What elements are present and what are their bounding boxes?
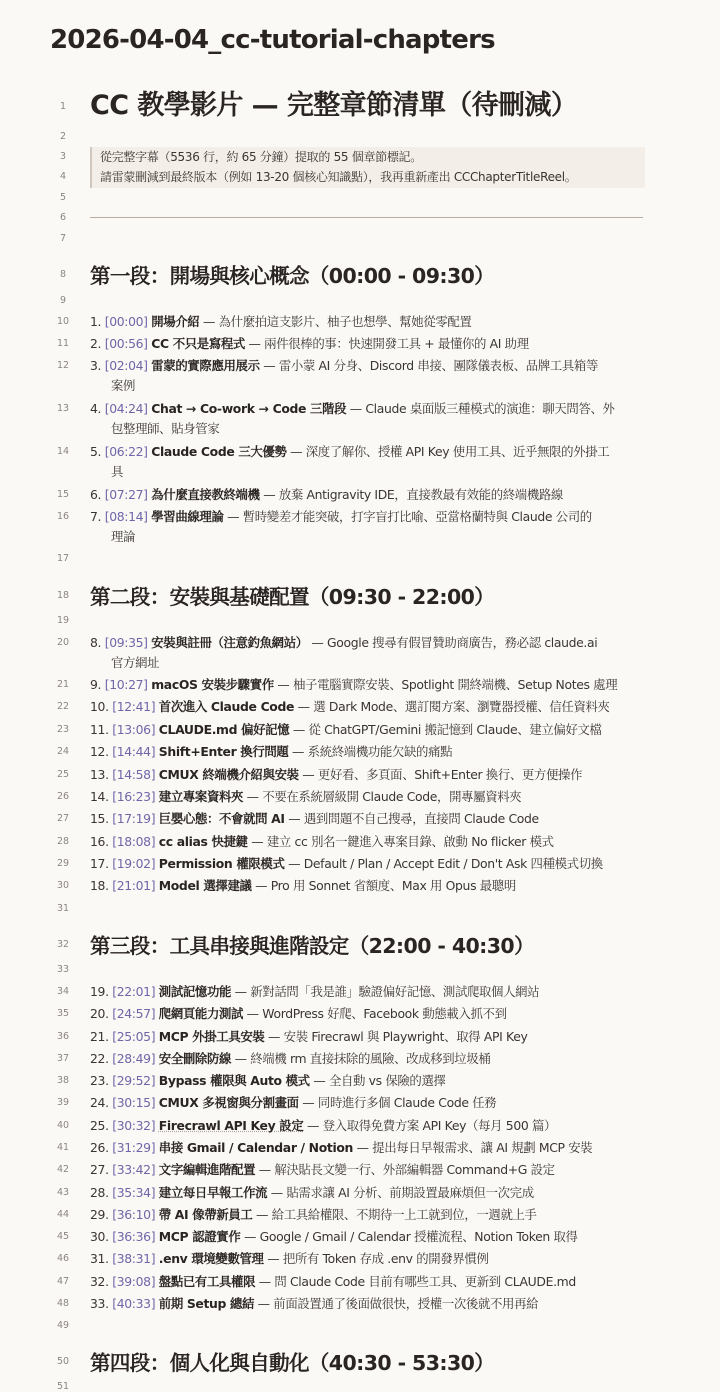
line-number: 27: [52, 813, 74, 824]
item-number: 11.: [90, 722, 109, 737]
timestamp: [04:24]: [105, 401, 148, 416]
chapter-description: — Google 搜尋有假冒贊助商廣告，務必認 claude.ai: [308, 635, 598, 650]
timestamp: [22:01]: [112, 984, 155, 999]
line-number: 30: [52, 880, 74, 891]
item-number: 24.: [90, 1095, 109, 1110]
timestamp: [17:19]: [112, 811, 155, 826]
chapter-title: 巨嬰心態：不會就問 AI: [159, 811, 285, 826]
item-number: 27.: [90, 1162, 109, 1177]
chapter-description: — 選 Dark Mode、選訂閱方案、瀏覽器授權、信任資料夾: [294, 699, 610, 714]
item-number: 16.: [90, 834, 109, 849]
item-number: 30.: [90, 1229, 109, 1244]
chapter-description: — 從 ChatGPT/Gemini 搬記憶到 Claude、建立偏好文檔: [289, 722, 601, 737]
item-number: 31.: [90, 1251, 109, 1266]
chapter-title: Claude Code 三大優勢: [151, 444, 286, 459]
item-number: 9.: [90, 677, 101, 692]
chapter-item[interactable]: 26. [31:29] 串接 Gmail / Calendar / Notion…: [90, 1138, 646, 1158]
item-number: 18.: [90, 878, 109, 893]
line-number: 16: [52, 511, 74, 522]
line-number: 32: [52, 939, 74, 950]
line-number: 15: [52, 489, 74, 500]
chapter-item[interactable]: 27. [33:42] 文字編輯進階配置 — 解決貼長文變一行、外部編輯器 Co…: [90, 1160, 646, 1180]
chapter-description: — Claude 桌面版三種模式的演進：聊天問答、外: [346, 401, 614, 416]
chapter-description-continued: 具: [90, 462, 646, 482]
line-number: 23: [52, 724, 74, 735]
chapter-description: — 放棄 Antigravity IDE，直接教最有效能的終端機路線: [260, 487, 563, 502]
chapter-title: 雷蒙的實際應用展示: [151, 358, 259, 373]
chapter-description: — 雷小蒙 AI 分身、Discord 串接、團隊儀表板、品牌工具箱等: [260, 358, 598, 373]
line-number: 50: [52, 1356, 74, 1367]
line-number: 46: [52, 1253, 74, 1264]
timestamp: [12:41]: [112, 699, 155, 714]
line-number: 36: [52, 1031, 74, 1042]
chapter-title: cc alias 快捷鍵: [159, 834, 248, 849]
timestamp: [30:15]: [112, 1095, 155, 1110]
item-number: 8.: [90, 635, 101, 650]
chapter-description: — 終端機 rm 直接抹除的風險、改成移到垃圾桶: [231, 1051, 490, 1066]
section-heading-1[interactable]: 第一段：開場與核心概念（00:00 - 09:30）: [90, 261, 646, 291]
chapter-title: 建立專案資料夾: [159, 789, 243, 804]
timestamp: [25:05]: [112, 1029, 155, 1044]
chapter-title: 建立每日早報工作流: [159, 1185, 267, 1200]
line-number: 34: [52, 986, 74, 997]
chapter-title: 串接 Gmail / Calendar / Notion: [159, 1140, 353, 1155]
chapter-item[interactable]: 1. [00:00] 開場介紹 — 為什麼拍這支影片、柚子也想學、幫她從零配置: [90, 312, 646, 332]
item-number: 28.: [90, 1185, 109, 1200]
timestamp: [33:42]: [112, 1162, 155, 1177]
chapter-item[interactable]: 24. [30:15] CMUX 多視窗與分割畫面 — 同時進行多個 Claud…: [90, 1093, 646, 1113]
chapter-item[interactable]: 2. [00:56] CC 不只是寫程式 — 兩件很棒的事：快速開發工具 + 最…: [90, 334, 646, 354]
chapter-description: — 給工具給權限、不期待一上工就到位，一週就上手: [252, 1207, 536, 1222]
chapter-description: — 暫時變差才能突破，打字盲打比喻、亞當格蘭特與 Claude 公司的: [224, 509, 592, 524]
line-number: 6: [52, 212, 74, 223]
line-number: 17: [52, 553, 74, 564]
chapter-description: — 解決貼長文變一行、外部編輯器 Command+G 設定: [255, 1162, 555, 1177]
chapter-item[interactable]: 32. [39:08] 盤點已有工具權限 — 問 Claude Code 目前有…: [90, 1272, 646, 1292]
chapter-description: — 為什麼拍這支影片、柚子也想學、幫她從零配置: [199, 314, 471, 329]
line-number: 33: [52, 964, 74, 975]
chapter-title: macOS 安裝步驟實作: [151, 677, 274, 692]
item-number: 26.: [90, 1140, 109, 1155]
line-number: 2: [52, 131, 74, 142]
item-number: 32.: [90, 1274, 109, 1289]
timestamp: [09:35]: [105, 635, 148, 650]
line-number: 18: [52, 590, 74, 601]
item-number: 12.: [90, 744, 109, 759]
chapter-title: 開場介紹: [151, 314, 199, 329]
timestamp: [16:23]: [112, 789, 155, 804]
timestamp: [24:57]: [112, 1006, 155, 1021]
chapter-item[interactable]: 25. [30:32] Firecrawl API Key 設定 — 登入取得免…: [90, 1116, 646, 1136]
chapter-description-continued: 官方網址: [90, 653, 646, 673]
timestamp: [36:36]: [112, 1229, 155, 1244]
chapter-description: — 登入取得免費方案 API Key（每月 500 篇）: [303, 1118, 556, 1133]
line-number: 20: [52, 637, 74, 648]
horizontal-rule: [90, 217, 643, 218]
blockquote-line: 請雷蒙刪減到最終版本（例如 13-20 個核心知識點），我再重新產出 CCCha…: [92, 167, 645, 187]
chapter-description: — Default / Plan / Accept Edit / Don't A…: [285, 856, 603, 871]
item-number: 4.: [90, 401, 101, 416]
line-number: 38: [52, 1075, 74, 1086]
line-number: 47: [52, 1276, 74, 1287]
line-number: 5: [52, 192, 74, 203]
item-number: 3.: [90, 358, 101, 373]
line-number: 1: [52, 101, 74, 112]
chapter-item[interactable]: 5. [06:22] Claude Code 三大優勢 — 深度了解你、授權 A…: [90, 442, 646, 482]
timestamp: [31:29]: [112, 1140, 155, 1155]
line-number: 48: [52, 1298, 74, 1309]
chapter-item[interactable]: 18. [21:01] Model 選擇建議 — Pro 用 Sonnet 省額…: [90, 876, 646, 896]
line-number: 9: [52, 295, 74, 306]
chapter-description: — 不要在系統層級開 Claude Code，開專屬資料夾: [243, 789, 521, 804]
chapter-item[interactable]: 29. [36:10] 帶 AI 像帶新員工 — 給工具給權限、不期待一上工就到…: [90, 1205, 646, 1225]
chapter-item[interactable]: 4. [04:24] Chat → Co-work → Code 三階段 — C…: [90, 399, 646, 439]
chapter-description: — 系統終端機功能欠缺的痛點: [288, 744, 452, 759]
line-number: 37: [52, 1053, 74, 1064]
chapter-item[interactable]: 16. [18:08] cc alias 快捷鍵 — 建立 cc 別名一鍵進入專…: [90, 832, 646, 852]
chapter-title: Model 選擇建議: [159, 878, 252, 893]
chapter-description-continued: 包整理師、貼身管家: [90, 419, 646, 439]
section-heading-3[interactable]: 第三段：工具串接與進階設定（22:00 - 40:30）: [90, 931, 646, 961]
item-number: 33.: [90, 1296, 109, 1311]
page-title[interactable]: CC 教學影片 — 完整章節清單（待刪減）: [90, 88, 646, 124]
timestamp: [14:44]: [112, 744, 155, 759]
chapter-item[interactable]: 15. [17:19] 巨嬰心態：不會就問 AI — 遇到問題不自己搜尋，直接問…: [90, 809, 646, 829]
chapter-item[interactable]: 31. [38:31] .env 環境變數管理 — 把所有 Token 存成 .…: [90, 1249, 646, 1269]
line-number: 26: [52, 791, 74, 802]
chapter-description: — 更好看、多頁面、Shift+Enter 換行、更方便操作: [299, 767, 582, 782]
chapter-title: 帶 AI 像帶新員工: [159, 1207, 253, 1222]
chapter-item[interactable]: 12. [14:44] Shift+Enter 換行問題 — 系統終端機功能欠缺…: [90, 742, 646, 762]
line-number: 42: [52, 1164, 74, 1175]
chapter-item[interactable]: 19. [22:01] 測試記憶功能 — 新對話問「我是誰」驗證偏好記憶、測試爬…: [90, 982, 646, 1002]
line-number: 8: [52, 269, 74, 280]
timestamp: [00:56]: [105, 336, 148, 351]
chapter-description: — 前面設置通了後面做很快，授權一次後就不用再給: [254, 1296, 538, 1311]
timestamp: [40:33]: [112, 1296, 155, 1311]
line-number: 35: [52, 1008, 74, 1019]
chapter-item[interactable]: 6. [07:27] 為什麼直接教終端機 — 放棄 Antigravity ID…: [90, 485, 646, 505]
chapter-item[interactable]: 10. [12:41] 首次進入 Claude Code — 選 Dark Mo…: [90, 697, 646, 717]
line-number: 25: [52, 769, 74, 780]
line-number: 11: [52, 338, 74, 349]
line-number: 40: [52, 1120, 74, 1131]
line-number: 19: [52, 615, 74, 626]
chapter-description: — 新對話問「我是誰」驗證偏好記憶、測試爬取個人網站: [231, 984, 539, 999]
item-number: 29.: [90, 1207, 109, 1222]
timestamp: [29:52]: [112, 1073, 155, 1088]
chapter-title: Shift+Enter 換行問題: [159, 744, 289, 759]
item-number: 5.: [90, 444, 101, 459]
chapter-title: MCP 認證實作: [159, 1229, 241, 1244]
timestamp: [06:22]: [105, 444, 148, 459]
item-number: 25.: [90, 1118, 109, 1133]
chapter-description: — 遇到問題不自己搜尋，直接問 Claude Code: [285, 811, 539, 826]
chapter-description: — Google / Gmail / Calendar 授權流程、Notion …: [240, 1229, 577, 1244]
chapter-title: Permission 權限模式: [159, 856, 285, 871]
chapter-item[interactable]: 30. [36:36] MCP 認證實作 — Google / Gmail / …: [90, 1227, 646, 1247]
item-number: 10.: [90, 699, 109, 714]
line-number: 41: [52, 1142, 74, 1153]
line-number: 28: [52, 836, 74, 847]
item-number: 22.: [90, 1051, 109, 1066]
line-number: 45: [52, 1231, 74, 1242]
timestamp: [30:32]: [112, 1118, 155, 1133]
chapter-title: CMUX 多視窗與分割畫面: [159, 1095, 299, 1110]
timestamp: [02:04]: [105, 358, 148, 373]
timestamp: [21:01]: [112, 878, 155, 893]
line-number: 4: [52, 171, 74, 182]
line-number: 21: [52, 679, 74, 690]
chapter-title: CMUX 終端機介紹與安裝: [159, 767, 299, 782]
timestamp: [19:02]: [112, 856, 155, 871]
chapter-description: — 同時進行多個 Claude Code 任務: [299, 1095, 497, 1110]
chapter-title: Bypass 權限與 Auto 模式: [159, 1073, 310, 1088]
chapter-item[interactable]: 7. [08:14] 學習曲線理論 — 暫時變差才能突破，打字盲打比喻、亞當格蘭…: [90, 507, 646, 547]
blockquote[interactable]: 從完整字幕（5536 行，約 65 分鐘）提取的 55 個章節標記。 請雷蒙刪減…: [90, 147, 645, 188]
chapter-description-continued: 案例: [90, 376, 646, 396]
line-number: 29: [52, 858, 74, 869]
chapter-item[interactable]: 20. [24:57] 爬網頁能力測試 — WordPress 好爬、Faceb…: [90, 1004, 646, 1024]
timestamp: [13:06]: [112, 722, 155, 737]
item-number: 6.: [90, 487, 101, 502]
chapter-title: MCP 外掛工具安裝: [159, 1029, 265, 1044]
line-number: 51: [52, 1381, 74, 1392]
timestamp: [00:00]: [105, 314, 148, 329]
item-number: 13.: [90, 767, 109, 782]
item-number: 21.: [90, 1029, 109, 1044]
chapter-description: — 把所有 Token 存成 .env 的開發界慣例: [264, 1251, 489, 1266]
chapter-title: Firecrawl API Key 設定: [159, 1118, 304, 1133]
chapter-title: 文字編輯進階配置: [159, 1162, 255, 1177]
timestamp: [08:14]: [105, 509, 148, 524]
item-number: 14.: [90, 789, 109, 804]
blockquote-line: 從完整字幕（5536 行，約 65 分鐘）提取的 55 個章節標記。: [92, 147, 645, 167]
item-number: 23.: [90, 1073, 109, 1088]
timestamp: [36:10]: [112, 1207, 155, 1222]
chapter-item[interactable]: 11. [13:06] CLAUDE.md 偏好記憶 — 從 ChatGPT/G…: [90, 720, 646, 740]
chapter-title: 盤點已有工具權限: [159, 1274, 255, 1289]
line-number: 43: [52, 1187, 74, 1198]
chapter-description: — 提出每日早報需求、讓 AI 規劃 MCP 安裝: [353, 1140, 592, 1155]
timestamp: [10:27]: [105, 677, 148, 692]
timestamp: [28:49]: [112, 1051, 155, 1066]
timestamp: [18:08]: [112, 834, 155, 849]
chapter-description: — 問 Claude Code 目前有哪些工具、更新到 CLAUDE.md: [255, 1274, 576, 1289]
chapter-description: — 全自動 vs 保險的選擇: [310, 1073, 446, 1088]
chapter-title: CC 不只是寫程式: [151, 336, 245, 351]
line-number: 3: [52, 151, 74, 162]
chapter-description: — WordPress 好爬、Facebook 動態載入抓不到: [243, 1006, 507, 1021]
item-number: 15.: [90, 811, 109, 826]
chapter-description: — Pro 用 Sonnet 省額度、Max 用 Opus 最聰明: [252, 878, 516, 893]
chapter-item[interactable]: 28. [35:34] 建立每日早報工作流 — 貼需求讓 AI 分析、前期設置最…: [90, 1183, 646, 1203]
timestamp: [35:34]: [112, 1185, 155, 1200]
chapter-title: CLAUDE.md 偏好記憶: [159, 722, 289, 737]
chapter-item[interactable]: 14. [16:23] 建立專案資料夾 — 不要在系統層級開 Claude Co…: [90, 787, 646, 807]
timestamp: [07:27]: [105, 487, 148, 502]
chapter-description: — 建立 cc 別名一鍵進入專案目錄、啟動 No flicker 模式: [248, 834, 554, 849]
line-number: 12: [52, 360, 74, 371]
line-number: 49: [52, 1320, 74, 1331]
timestamp: [38:31]: [112, 1251, 155, 1266]
timestamp: [14:58]: [112, 767, 155, 782]
line-number: 13: [52, 403, 74, 414]
chapter-description: — 柚子電腦實際安裝、Spotlight 開終端機、Setup Notes 處理: [274, 677, 617, 692]
chapter-description: — 兩件很棒的事：快速開發工具 + 最懂你的 AI 助理: [245, 336, 529, 351]
chapter-item[interactable]: 21. [25:05] MCP 外掛工具安裝 — 安裝 Firecrawl 與 …: [90, 1027, 646, 1047]
chapter-title: 前期 Setup 總結: [159, 1296, 254, 1311]
chapter-description-continued: 理論: [90, 527, 646, 547]
line-number: 14: [52, 446, 74, 457]
section-heading-2[interactable]: 第二段：安裝與基礎配置（09:30 - 22:00）: [90, 582, 646, 612]
line-number: 22: [52, 701, 74, 712]
chapter-item[interactable]: 33. [40:33] 前期 Setup 總結 — 前面設置通了後面做很快，授權…: [90, 1294, 646, 1314]
chapter-description: — 貼需求讓 AI 分析、前期設置最麻煩但一次完成: [267, 1185, 534, 1200]
chapter-item[interactable]: 22. [28:49] 安全刪除防線 — 終端機 rm 直接抹除的風險、改成移到…: [90, 1049, 646, 1069]
item-number: 20.: [90, 1006, 109, 1021]
chapter-title: 學習曲線理論: [151, 509, 223, 524]
chapter-item[interactable]: 8. [09:35] 安裝與註冊（注意釣魚網站） — Google 搜尋有假冒贊…: [90, 633, 646, 673]
chapter-description: — 安裝 Firecrawl 與 Playwright、取得 API Key: [264, 1029, 527, 1044]
chapter-title: 安全刪除防線: [159, 1051, 231, 1066]
chapter-title: 首次進入 Claude Code: [159, 699, 294, 714]
item-number: 1.: [90, 314, 101, 329]
section-heading-4[interactable]: 第四段：個人化與自動化（40:30 - 53:30）: [90, 1348, 646, 1378]
item-number: 7.: [90, 509, 101, 524]
chapter-title: 爬網頁能力測試: [159, 1006, 243, 1021]
chapter-description: — 深度了解你、授權 API Key 使用工具、近乎無限的外掛工: [287, 444, 610, 459]
line-number: 7: [52, 233, 74, 244]
chapter-item[interactable]: 3. [02:04] 雷蒙的實際應用展示 — 雷小蒙 AI 分身、Discord…: [90, 356, 646, 396]
chapter-item[interactable]: 13. [14:58] CMUX 終端機介紹與安裝 — 更好看、多頁面、Shif…: [90, 765, 646, 785]
timestamp: [39:08]: [112, 1274, 155, 1289]
chapter-item[interactable]: 17. [19:02] Permission 權限模式 — Default / …: [90, 854, 646, 874]
item-number: 19.: [90, 984, 109, 999]
chapter-title: Chat → Co-work → Code 三階段: [151, 401, 346, 416]
line-number: 24: [52, 746, 74, 757]
chapter-title: 為什麼直接教終端機: [151, 487, 259, 502]
line-number: 31: [52, 903, 74, 914]
item-number: 17.: [90, 856, 109, 871]
chapter-item[interactable]: 9. [10:27] macOS 安裝步驟實作 — 柚子電腦實際安裝、Spotl…: [90, 675, 646, 695]
document-file-title: 2026-04-04_cc-tutorial-chapters: [50, 20, 495, 60]
chapter-item[interactable]: 23. [29:52] Bypass 權限與 Auto 模式 — 全自動 vs …: [90, 1071, 646, 1091]
line-number: 39: [52, 1097, 74, 1108]
chapter-title: 安裝與註冊（注意釣魚網站）: [151, 635, 308, 650]
chapter-title: .env 環境變數管理: [159, 1251, 264, 1266]
line-number: 44: [52, 1209, 74, 1220]
chapter-title: 測試記憶功能: [159, 984, 231, 999]
line-number: 10: [52, 316, 74, 327]
item-number: 2.: [90, 336, 101, 351]
